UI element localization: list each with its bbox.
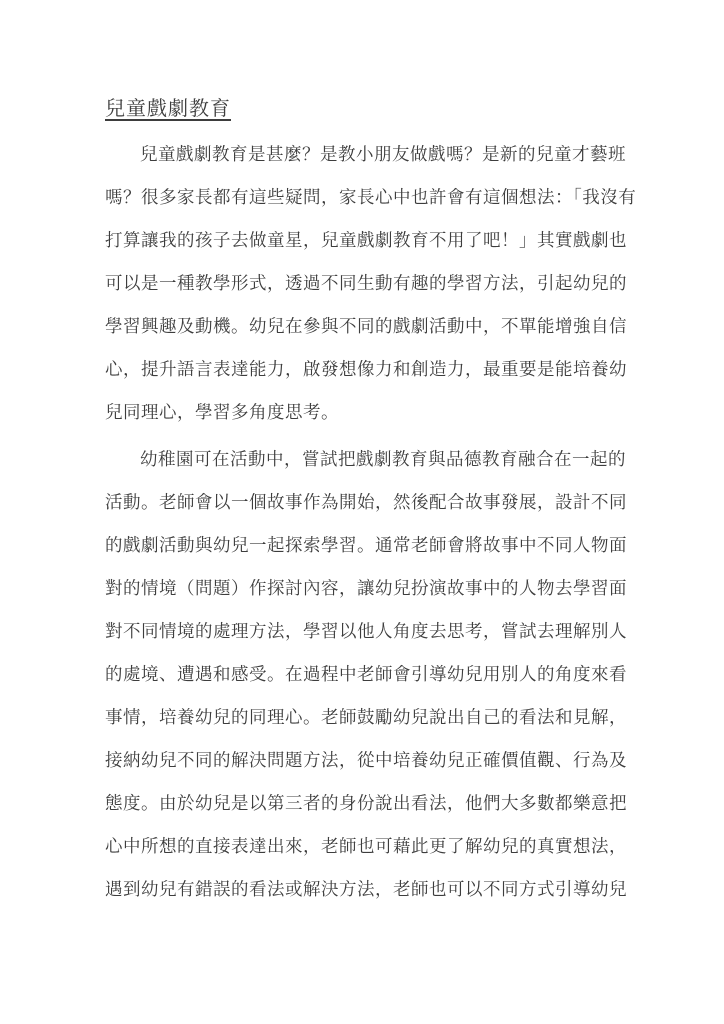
document-page: 兒童戲劇教育 兒童戲劇教育是甚麼？是教小朋友做戲嗎？是新的兒童才藝班 嗎？很多家… — [0, 0, 724, 1024]
text-line: 兒同理心，學習多角度思考。 — [105, 391, 621, 434]
document-title: 兒童戲劇教育 — [105, 97, 621, 121]
text-line: 嗎？很多家長都有這些疑問，家長心中也許會有這個想法：「我沒有 — [105, 176, 621, 219]
text-line: 可以是一種教學形式，透過不同生動有趣的學習方法，引起幼兒的 — [105, 262, 621, 305]
text-line: 幼稚園可在活動中，嘗試把戲劇教育與品德教育融合在一起的 — [105, 438, 621, 481]
paragraph-kindergarten: 幼稚園可在活動中，嘗試把戲劇教育與品德教育融合在一起的 活動。老師會以一個故事作… — [105, 438, 621, 911]
text-line: 活動。老師會以一個故事作為開始，然後配合故事發展，設計不同 — [105, 481, 621, 524]
text-line: 的戲劇活動與幼兒一起探索學習。通常老師會將故事中不同人物面 — [105, 524, 621, 567]
text-line: 對不同情境的處理方法，學習以他人角度去思考，嘗試去理解別人 — [105, 610, 621, 653]
text-line: 的處境、遭遇和感受。在過程中老師會引導幼兒用別人的角度來看 — [105, 653, 621, 696]
paragraph-intro: 兒童戲劇教育是甚麼？是教小朋友做戲嗎？是新的兒童才藝班 嗎？很多家長都有這些疑問… — [105, 133, 621, 434]
text-line: 接納幼兒不同的解決問題方法，從中培養幼兒正確價值觀、行為及 — [105, 739, 621, 782]
text-line: 遇到幼兒有錯誤的看法或解決方法，老師也可以不同方式引導幼兒 — [105, 868, 621, 911]
text-line: 學習興趣及動機。幼兒在參與不同的戲劇活動中，不單能增強自信 — [105, 305, 621, 348]
text-line: 心中所想的直接表達出來，老師也可藉此更了解幼兒的真實想法， — [105, 825, 621, 868]
document-content: 兒童戲劇教育 兒童戲劇教育是甚麼？是教小朋友做戲嗎？是新的兒童才藝班 嗎？很多家… — [105, 0, 621, 911]
text-line: 打算讓我的孩子去做童星，兒童戲劇教育不用了吧！」其實戲劇也 — [105, 219, 621, 262]
text-line: 對的情境（問題）作探討內容，讓幼兒扮演故事中的人物去學習面 — [105, 567, 621, 610]
text-line: 態度。由於幼兒是以第三者的身份說出看法，他們大多數都樂意把 — [105, 782, 621, 825]
text-line: 事情，培養幼兒的同理心。老師鼓勵幼兒說出自己的看法和見解， — [105, 696, 621, 739]
text-line: 兒童戲劇教育是甚麼？是教小朋友做戲嗎？是新的兒童才藝班 — [105, 133, 621, 176]
text-line: 心，提升語言表達能力，啟發想像力和創造力，最重要是能培養幼 — [105, 348, 621, 391]
